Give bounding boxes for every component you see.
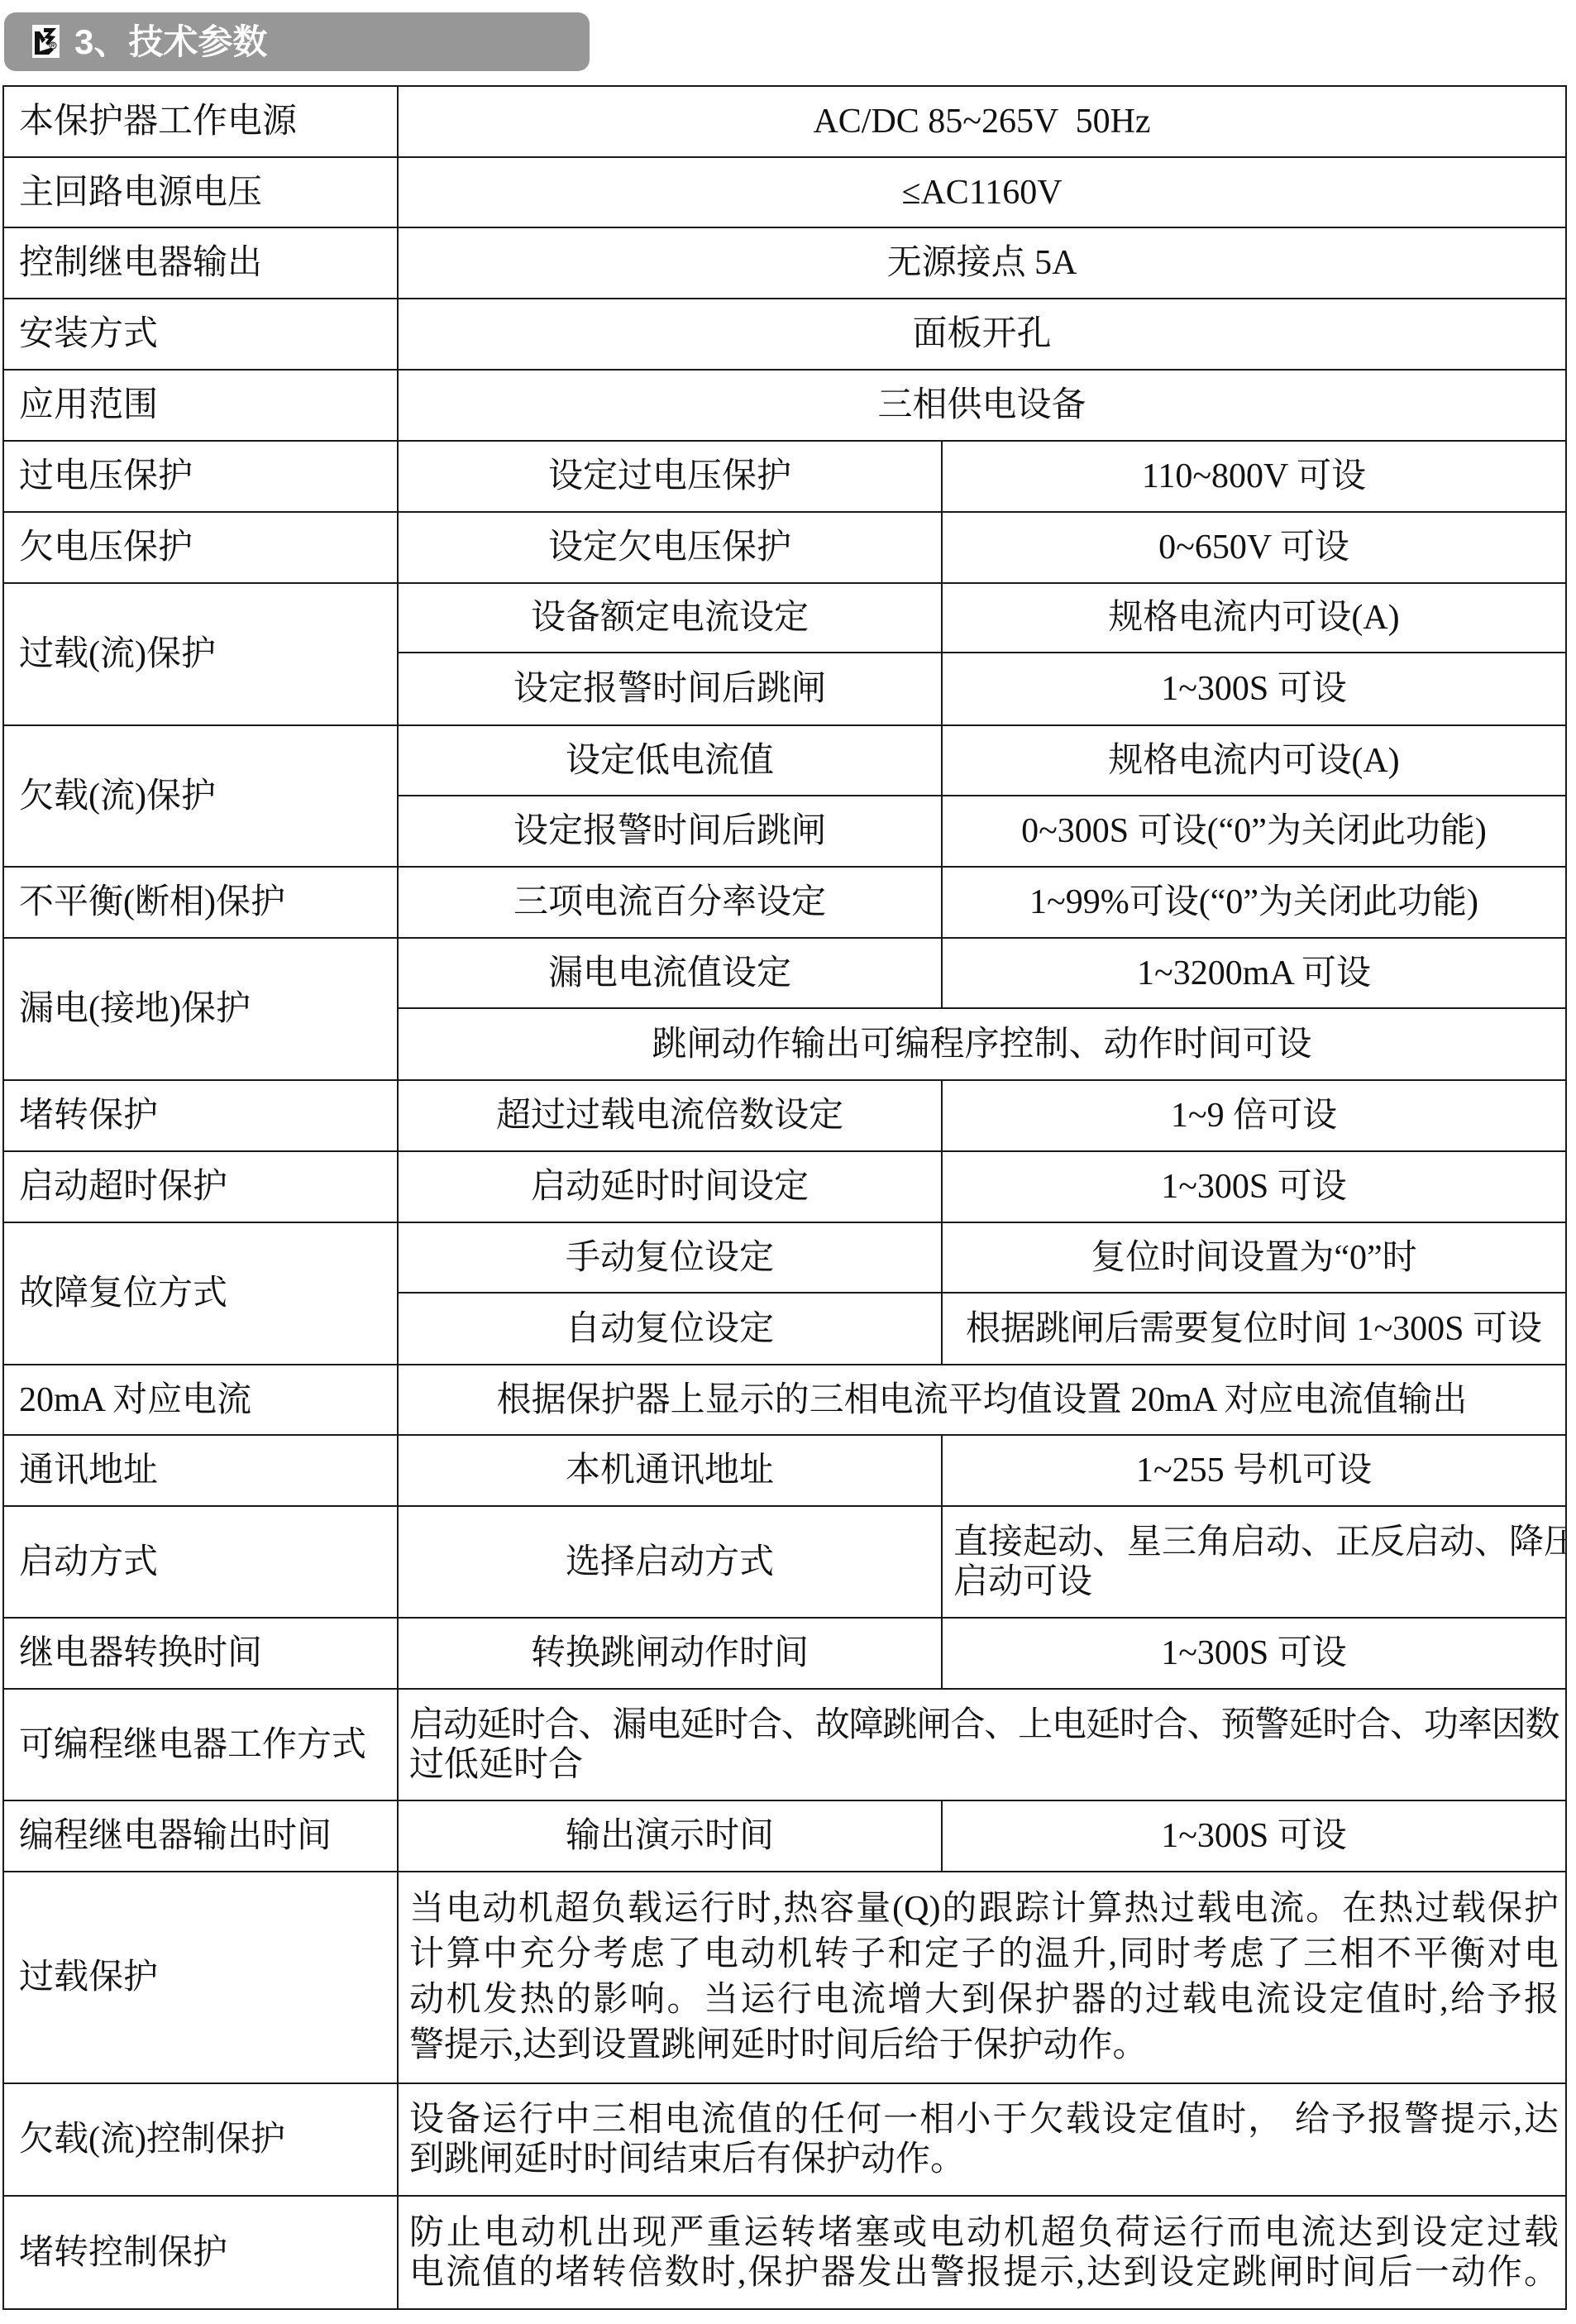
spec-row: 欠载(流)控制保护 设备运行中三相电流值的任何一相小于欠载设定值时， 给予报警提… — [3, 2083, 1566, 2196]
param-setting: 手动复位设定 — [398, 1222, 942, 1293]
description-line: 设备运行中三相电流值的任何一相小于欠载设定值时， 给予报警提示,达 — [409, 2100, 1559, 2140]
param-value: 1~300S 可设 — [942, 1800, 1566, 1872]
value-line: 启动可设 — [953, 1562, 1559, 1602]
brand-logo-icon — [32, 25, 60, 58]
spec-row: 本保护器工作电源 AC/DC 85~265V 50Hz — [3, 86, 1566, 157]
param-value: 根据跳闸后需要复位时间 1~300S 可设 — [942, 1293, 1566, 1365]
param-name: 过电压保护 — [3, 441, 398, 512]
param-name: 堵转控制保护 — [3, 2196, 398, 2309]
param-value: AC/DC 85~265V 50Hz — [398, 86, 1566, 157]
param-name: 控制继电器输出 — [3, 227, 398, 299]
param-setting: 输出演示时间 — [398, 1800, 942, 1872]
param-name: 应用范围 — [3, 370, 398, 441]
param-setting: 设定报警时间后跳闸 — [398, 796, 942, 867]
spec-row: 堵转控制保护 防止电动机出现严重运转堵塞或电动机超负荷运行而电流达到设定过载 电… — [3, 2196, 1566, 2309]
param-name: 过载(流)保护 — [3, 583, 398, 725]
param-setting: 选择启动方式 — [398, 1506, 942, 1618]
description-line: 动机发热的影响。当运行电流增大到保护器的过载电流设定值时,给予报 — [409, 1977, 1559, 2023]
param-note: 跳闸动作输出可编程序控制、动作时间可设 — [398, 1008, 1566, 1080]
value-line: 过低延时合 — [409, 1745, 1559, 1785]
spec-page: 3、技术参数 本保护器工作电源 AC/DC 85~265V 50Hz 主回路电源… — [0, 0, 1576, 2324]
param-setting: 设定报警时间后跳闸 — [398, 653, 942, 725]
param-name: 启动方式 — [3, 1506, 398, 1618]
param-value: 启动延时合、漏电延时合、故障跳闸合、上电延时合、预警延时合、功率因数 过低延时合 — [398, 1689, 1566, 1800]
spec-row: 继电器转换时间 转换跳闸动作时间 1~300S 可设 — [3, 1618, 1566, 1689]
param-setting: 三项电流百分率设定 — [398, 867, 942, 938]
param-value: 1~3200mA 可设 — [942, 938, 1566, 1008]
param-name: 欠载(流)保护 — [3, 725, 398, 867]
spec-row: 启动方式 选择启动方式 直接起动、星三角启动、正反启动、降压 启动可设 — [3, 1506, 1566, 1618]
param-name: 欠载(流)控制保护 — [3, 2083, 398, 2196]
param-value: 面板开孔 — [398, 299, 1566, 370]
spec-row: 控制继电器输出 无源接点 5A — [3, 227, 1566, 299]
param-description: 防止电动机出现严重运转堵塞或电动机超负荷运行而电流达到设定过载 电流值的堵转倍数… — [398, 2196, 1566, 2309]
param-name: 20mA 对应电流 — [3, 1365, 398, 1435]
param-value: 三相供电设备 — [398, 370, 1566, 441]
param-value: 1~255 号机可设 — [942, 1435, 1566, 1506]
spec-row: 编程继电器输出时间 输出演示时间 1~300S 可设 — [3, 1800, 1566, 1872]
description-line: 防止电动机出现严重运转堵塞或电动机超负荷运行而电流达到设定过载 — [409, 2213, 1559, 2253]
param-name: 漏电(接地)保护 — [3, 938, 398, 1080]
description-line: 电流值的堵转倍数时,保护器发出警报提示,达到设定跳闸时间后一动作。 — [409, 2253, 1559, 2293]
param-name: 故障复位方式 — [3, 1222, 398, 1365]
param-value: 1~300S 可设 — [942, 1151, 1566, 1222]
spec-row: 20mA 对应电流 根据保护器上显示的三相电流平均值设置 20mA 对应电流值输… — [3, 1365, 1566, 1435]
param-name: 过载保护 — [3, 1872, 398, 2083]
spec-row: 故障复位方式 手动复位设定 复位时间设置为“0”时 — [3, 1222, 1566, 1293]
param-name: 编程继电器输出时间 — [3, 1800, 398, 1872]
param-value: 复位时间设置为“0”时 — [942, 1222, 1566, 1293]
param-value: 110~800V 可设 — [942, 441, 1566, 512]
param-name: 堵转保护 — [3, 1080, 398, 1151]
spec-row: 可编程继电器工作方式 启动延时合、漏电延时合、故障跳闸合、上电延时合、预警延时合… — [3, 1689, 1566, 1800]
param-value: 规格电流内可设(A) — [942, 583, 1566, 653]
param-value: 1~300S 可设 — [942, 653, 1566, 725]
param-description: 当电动机超负载运行时,热容量(Q)的跟踪计算热过载电流。在热过载保护 计算中充分… — [398, 1872, 1566, 2083]
section-header: 3、技术参数 — [4, 12, 590, 71]
param-value: ≤AC1160V — [398, 157, 1566, 227]
param-setting: 启动延时时间设定 — [398, 1151, 942, 1222]
param-setting: 设备额定电流设定 — [398, 583, 942, 653]
param-value: 0~650V 可设 — [942, 512, 1566, 583]
spec-row: 过载保护 当电动机超负载运行时,热容量(Q)的跟踪计算热过载电流。在热过载保护 … — [3, 1872, 1566, 2083]
section-title: 3、技术参数 — [74, 12, 267, 71]
param-value: 直接起动、星三角启动、正反启动、降压 启动可设 — [942, 1506, 1566, 1618]
spec-row: 主回路电源电压 ≤AC1160V — [3, 157, 1566, 227]
param-setting: 设定欠电压保护 — [398, 512, 942, 583]
param-name: 主回路电源电压 — [3, 157, 398, 227]
spec-row: 过电压保护 设定过电压保护 110~800V 可设 — [3, 441, 1566, 512]
spec-row: 通讯地址 本机通讯地址 1~255 号机可设 — [3, 1435, 1566, 1506]
spec-row: 堵转保护 超过过载电流倍数设定 1~9 倍可设 — [3, 1080, 1566, 1151]
param-name: 可编程继电器工作方式 — [3, 1689, 398, 1800]
param-description: 设备运行中三相电流值的任何一相小于欠载设定值时， 给予报警提示,达 到跳闸延时时… — [398, 2083, 1566, 2196]
spec-table: 本保护器工作电源 AC/DC 85~265V 50Hz 主回路电源电压 ≤AC1… — [2, 85, 1567, 2310]
description-line: 计算中充分考虑了电动机转子和定子的温升,同时考虑了三相不平衡对电 — [409, 1932, 1559, 1977]
param-name: 启动超时保护 — [3, 1151, 398, 1222]
description-line: 当电动机超负载运行时,热容量(Q)的跟踪计算热过载电流。在热过载保护 — [409, 1886, 1559, 1932]
param-name: 欠电压保护 — [3, 512, 398, 583]
param-setting: 漏电电流值设定 — [398, 938, 942, 1008]
param-value: 无源接点 5A — [398, 227, 1566, 299]
spec-row: 漏电(接地)保护 漏电电流值设定 1~3200mA 可设 — [3, 938, 1566, 1008]
param-setting: 设定低电流值 — [398, 725, 942, 796]
param-name: 通讯地址 — [3, 1435, 398, 1506]
param-value: 1~300S 可设 — [942, 1618, 1566, 1689]
spec-row: 过载(流)保护 设备额定电流设定 规格电流内可设(A) — [3, 583, 1566, 653]
param-setting: 转换跳闸动作时间 — [398, 1618, 942, 1689]
value-line: 直接起动、星三角启动、正反启动、降压 — [953, 1523, 1559, 1562]
param-setting: 设定过电压保护 — [398, 441, 942, 512]
spec-row: 应用范围 三相供电设备 — [3, 370, 1566, 441]
param-name: 安装方式 — [3, 299, 398, 370]
value-line: 启动延时合、漏电延时合、故障跳闸合、上电延时合、预警延时合、功率因数 — [409, 1705, 1559, 1745]
param-setting: 超过过载电流倍数设定 — [398, 1080, 942, 1151]
description-line: 到跳闸延时时间结束后有保护动作。 — [409, 2140, 1559, 2179]
description-line: 警提示,达到设置跳闸延时时间后给于保护动作。 — [409, 2023, 1559, 2068]
spec-row: 欠电压保护 设定欠电压保护 0~650V 可设 — [3, 512, 1566, 583]
param-name: 继电器转换时间 — [3, 1618, 398, 1689]
spec-row: 不平衡(断相)保护 三项电流百分率设定 1~99%可设(“0”为关闭此功能) — [3, 867, 1566, 938]
param-value: 规格电流内可设(A) — [942, 725, 1566, 796]
param-value: 1~99%可设(“0”为关闭此功能) — [942, 867, 1566, 938]
param-setting: 自动复位设定 — [398, 1293, 942, 1365]
spec-row: 安装方式 面板开孔 — [3, 299, 1566, 370]
param-value: 1~9 倍可设 — [942, 1080, 1566, 1151]
param-setting: 本机通讯地址 — [398, 1435, 942, 1506]
param-name: 本保护器工作电源 — [3, 86, 398, 157]
spec-row: 欠载(流)保护 设定低电流值 规格电流内可设(A) — [3, 725, 1566, 796]
param-value: 根据保护器上显示的三相电流平均值设置 20mA 对应电流值输出 — [398, 1365, 1566, 1435]
param-name: 不平衡(断相)保护 — [3, 867, 398, 938]
param-value: 0~300S 可设(“0”为关闭此功能) — [942, 796, 1566, 867]
spec-row: 启动超时保护 启动延时时间设定 1~300S 可设 — [3, 1151, 1566, 1222]
